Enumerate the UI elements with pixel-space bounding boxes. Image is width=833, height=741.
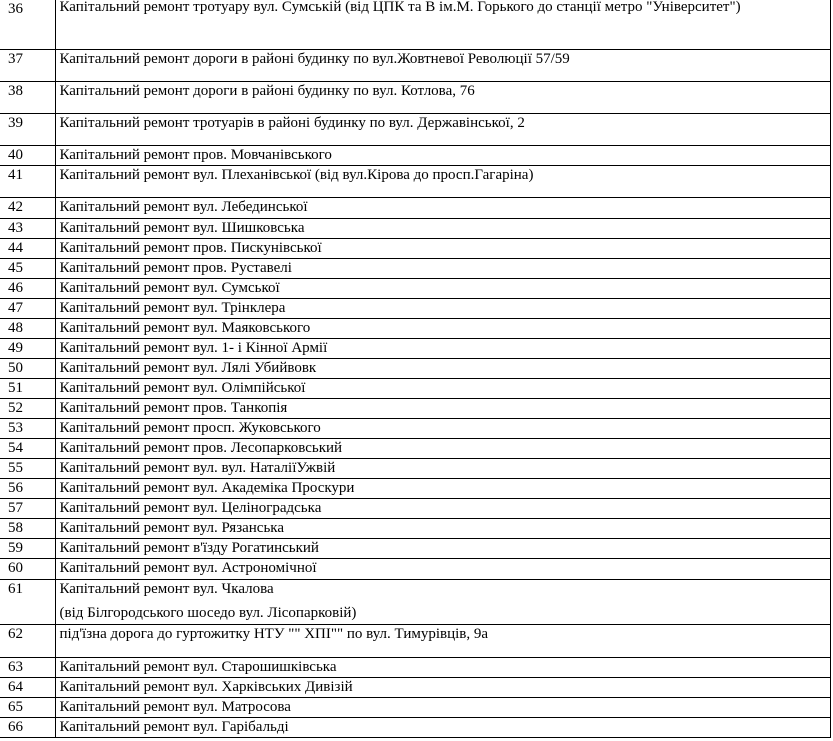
- table-row: 59Капітальний ремонт в'їзду Рогатинський: [0, 538, 831, 558]
- row-number: 51: [0, 378, 55, 398]
- row-description: Капітальний ремонт вул. Маяковського: [55, 318, 831, 338]
- row-number: 42: [0, 197, 55, 218]
- table-row: 41Капітальний ремонт вул. Плеханівської …: [0, 165, 831, 197]
- row-description: Капітальний ремонт пров. Танкопія: [55, 398, 831, 418]
- row-description: Капітальний ремонт вул. Шишковська: [55, 218, 831, 238]
- row-number: 40: [0, 145, 55, 165]
- table-row: 47Капітальний ремонт вул. Трінклера: [0, 298, 831, 318]
- table-row: 62під'їзна дорога до гуртожитку НТУ "" Х…: [0, 624, 831, 657]
- row-number: 66: [0, 717, 55, 737]
- row-number: 60: [0, 558, 55, 579]
- table-row: 44Капітальний ремонт пров. Пискунівської: [0, 238, 831, 258]
- row-description: Капітальний ремонт вул. Гарібальді: [55, 717, 831, 737]
- table-row: 50Капітальний ремонт вул. Лялі Убийвовк: [0, 358, 831, 378]
- row-description: під'їзна дорога до гуртожитку НТУ "" ХПІ…: [55, 624, 831, 657]
- row-description: Капітальний ремонт вул. Олімпійської: [55, 378, 831, 398]
- table-row: 66Капітальний ремонт вул. Гарібальді: [0, 717, 831, 737]
- row-description: Капітальний ремонт вул. Харківських Диві…: [55, 677, 831, 697]
- table-row: 58Капітальний ремонт вул. Рязанська: [0, 518, 831, 538]
- row-description: Капітальний ремонт вул. Матросова: [55, 697, 831, 717]
- row-description: Капітальний ремонт дороги в районі будин…: [55, 81, 831, 113]
- row-description: Капітальний ремонт тротуару вул. Сумські…: [55, 0, 831, 49]
- row-description: Капітальний ремонт просп. Жуковського: [55, 418, 831, 438]
- row-number: 52: [0, 398, 55, 418]
- table-row: 52Капітальний ремонт пров. Танкопія: [0, 398, 831, 418]
- table-row: 37Капітальний ремонт дороги в районі буд…: [0, 49, 831, 81]
- description-line: (від Білгородського шоседо вул. Лісопарк…: [60, 604, 829, 622]
- row-number: 59: [0, 538, 55, 558]
- row-description: Капітальний ремонт вул. Астрономічної: [55, 558, 831, 579]
- row-description: Капітальний ремонт вул. Академіка Проску…: [55, 478, 831, 498]
- repair-list-table: 36Капітальний ремонт тротуару вул. Сумсь…: [0, 0, 831, 738]
- row-description: Капітальний ремонт вул. Плеханівської (в…: [55, 165, 831, 197]
- table-row: 42Капітальний ремонт вул. Лебединської: [0, 197, 831, 218]
- row-description: Капітальний ремонт вул. Рязанська: [55, 518, 831, 538]
- row-number: 63: [0, 657, 55, 677]
- table-row: 56Капітальний ремонт вул. Академіка Прос…: [0, 478, 831, 498]
- row-number: 64: [0, 677, 55, 697]
- table-row: 65Капітальний ремонт вул. Матросова: [0, 697, 831, 717]
- row-description: Капітальний ремонт вул. вул. НаталіїУжві…: [55, 458, 831, 478]
- row-number: 39: [0, 113, 55, 145]
- table-row: 60Капітальний ремонт вул. Астрономічної: [0, 558, 831, 579]
- table-row: 49Капітальний ремонт вул. 1- і Кінної Ар…: [0, 338, 831, 358]
- table-row: 43Капітальний ремонт вул. Шишковська: [0, 218, 831, 238]
- row-description: Капітальний ремонт вул. Лебединської: [55, 197, 831, 218]
- table-row: 63Капітальний ремонт вул. Старошишківськ…: [0, 657, 831, 677]
- table-row: 51Капітальний ремонт вул. Олімпійської: [0, 378, 831, 398]
- table-row: 53Капітальний ремонт просп. Жуковського: [0, 418, 831, 438]
- table-row: 48Капітальний ремонт вул. Маяковського: [0, 318, 831, 338]
- table-row: 38Капітальний ремонт дороги в районі буд…: [0, 81, 831, 113]
- row-description: Капітальний ремонт вул. Старошишківська: [55, 657, 831, 677]
- row-number: 36: [0, 0, 55, 49]
- table-row: 54Капітальний ремонт пров. Лесопарковськ…: [0, 438, 831, 458]
- row-number: 41: [0, 165, 55, 197]
- row-number: 55: [0, 458, 55, 478]
- table-row: 39Капітальний ремонт тротуарів в районі …: [0, 113, 831, 145]
- description-line: Капітальний ремонт вул. Чкалова: [60, 580, 829, 598]
- row-number: 54: [0, 438, 55, 458]
- table-row: 61Капітальний ремонт вул. Чкалова(від Бі…: [0, 579, 831, 624]
- row-number: 48: [0, 318, 55, 338]
- row-number: 37: [0, 49, 55, 81]
- row-number: 43: [0, 218, 55, 238]
- row-number: 57: [0, 498, 55, 518]
- row-description: Капітальний ремонт вул. Целіноградська: [55, 498, 831, 518]
- table-row: 55Капітальний ремонт вул. вул. НаталіїУж…: [0, 458, 831, 478]
- row-number: 53: [0, 418, 55, 438]
- row-number: 58: [0, 518, 55, 538]
- row-description: Капітальний ремонт пров. Пискунівської: [55, 238, 831, 258]
- row-number: 49: [0, 338, 55, 358]
- row-description: Капітальний ремонт пров. Руставелі: [55, 258, 831, 278]
- row-description: Капітальний ремонт тротуарів в районі бу…: [55, 113, 831, 145]
- row-description: Капітальний ремонт пров. Лесопарковський: [55, 438, 831, 458]
- row-description: Капітальний ремонт в'їзду Рогатинський: [55, 538, 831, 558]
- row-description: Капітальний ремонт вул. Сумської: [55, 278, 831, 298]
- row-number: 50: [0, 358, 55, 378]
- row-description: Капітальний ремонт вул. Трінклера: [55, 298, 831, 318]
- row-number: 56: [0, 478, 55, 498]
- row-number: 65: [0, 697, 55, 717]
- table-row: 64Капітальний ремонт вул. Харківських Ди…: [0, 677, 831, 697]
- row-number: 38: [0, 81, 55, 113]
- row-number: 45: [0, 258, 55, 278]
- row-description: Капітальний ремонт пров. Мовчанівського: [55, 145, 831, 165]
- row-number: 61: [0, 579, 55, 624]
- table-row: 40Капітальний ремонт пров. Мовчанівськог…: [0, 145, 831, 165]
- row-number: 47: [0, 298, 55, 318]
- table-row: 46Капітальний ремонт вул. Сумської: [0, 278, 831, 298]
- row-description: Капітальний ремонт вул. Лялі Убийвовк: [55, 358, 831, 378]
- row-description: Капітальний ремонт дороги в районі будин…: [55, 49, 831, 81]
- table-row: 45Капітальний ремонт пров. Руставелі: [0, 258, 831, 278]
- table-row: 36Капітальний ремонт тротуару вул. Сумсь…: [0, 0, 831, 49]
- row-description: Капітальний ремонт вул. Чкалова(від Білг…: [55, 579, 831, 624]
- table-row: 57Капітальний ремонт вул. Целіноградська: [0, 498, 831, 518]
- row-number: 46: [0, 278, 55, 298]
- row-description: Капітальний ремонт вул. 1- і Кінної Армі…: [55, 338, 831, 358]
- row-number: 44: [0, 238, 55, 258]
- row-number: 62: [0, 624, 55, 657]
